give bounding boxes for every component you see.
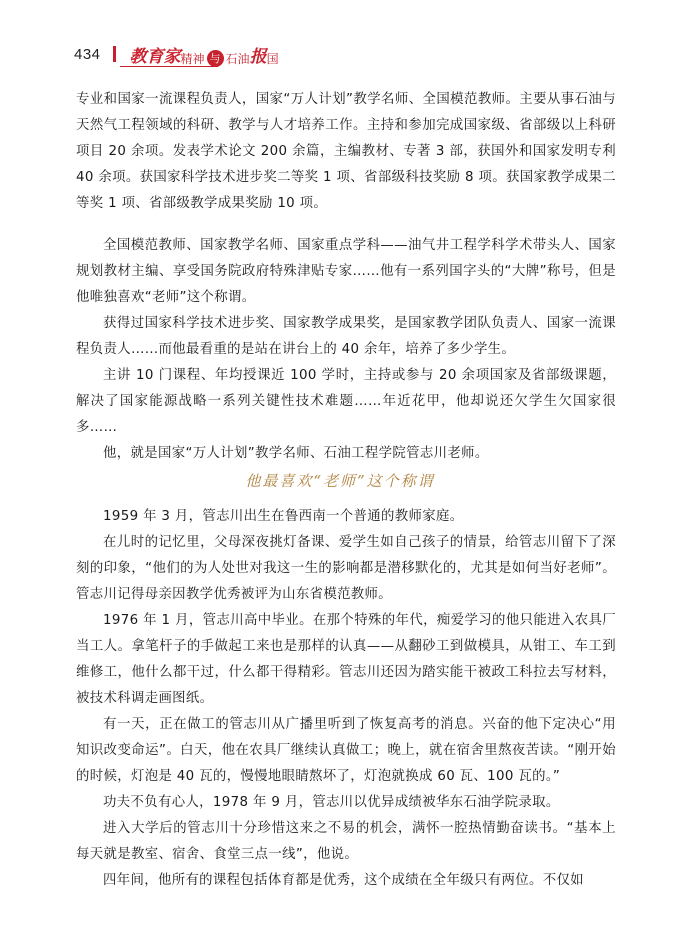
header-underline [120, 66, 218, 67]
lead-paragraph: 他，就是国家“万人计划”教学名师、石油工程学院管志川老师。 [76, 441, 616, 467]
body-paragraph: 有一天，正在做工的管志川从广播里听到了恢复高考的消息。兴奋的他下定决心“用知识改… [76, 712, 616, 790]
running-header: 434 教育家 精神 与 石油 报 国 [74, 42, 279, 66]
section-heading: 他最喜欢“老师”这个称谓 [0, 470, 680, 491]
book-title-part4: 报 [250, 42, 267, 67]
book-title-connector-circle: 与 [207, 50, 224, 67]
section-body: 1959 年 3 月，管志川出生在鲁西南一个普通的教师家庭。 在儿时的记忆里，父… [76, 504, 616, 894]
lead-paragraph: 主讲 10 门课程、年均授课近 100 学时，主持或参与 20 余项国家及省部级… [76, 363, 616, 441]
page-number: 434 [74, 46, 101, 63]
body-paragraph: 1959 年 3 月，管志川出生在鲁西南一个普通的教师家庭。 [76, 504, 616, 530]
book-title-part2: 精神 [181, 50, 205, 67]
lead-block: 全国模范教师、国家教学名师、国家重点学科——油气井工程学科学术带头人、国家规划教… [76, 233, 616, 467]
book-title-part1: 教育家 [130, 42, 181, 67]
book-title: 教育家 精神 与 石油 报 国 [130, 42, 279, 67]
body-paragraph: 在儿时的记忆里，父母深夜挑灯备课、爱学生如自己孩子的情景，给管志川留下了深刻的印… [76, 530, 616, 608]
lead-paragraph: 全国模范教师、国家教学名师、国家重点学科——油气井工程学科学术带头人、国家规划教… [76, 233, 616, 311]
book-title-part3: 石油 [226, 50, 250, 67]
header-divider-bar [113, 46, 116, 62]
body-paragraph: 1976 年 1 月，管志川高中毕业。在那个特殊的年代，痴爱学习的他只能进入农具… [76, 608, 616, 712]
intro-paragraph: 专业和国家一流课程负责人，国家“万人计划”教学名师、全国模范教师。主要从事石油与… [76, 87, 616, 217]
body-paragraph: 四年间，他所有的课程包括体育都是优秀，这个成绩在全年级只有两位。不仅如 [76, 868, 616, 894]
intro-block: 专业和国家一流课程负责人，国家“万人计划”教学名师、全国模范教师。主要从事石油与… [76, 87, 616, 217]
body-paragraph: 功夫不负有心人，1978 年 9 月，管志川以优异成绩被华东石油学院录取。 [76, 790, 616, 816]
lead-paragraph: 获得过国家科学技术进步奖、国家教学成果奖，是国家教学团队负责人、国家一流课程负责… [76, 311, 616, 363]
book-title-part5: 国 [267, 50, 279, 67]
body-paragraph: 进入大学后的管志川十分珍惜这来之不易的机会，满怀一腔热情勤奋读书。“基本上每天就… [76, 816, 616, 868]
